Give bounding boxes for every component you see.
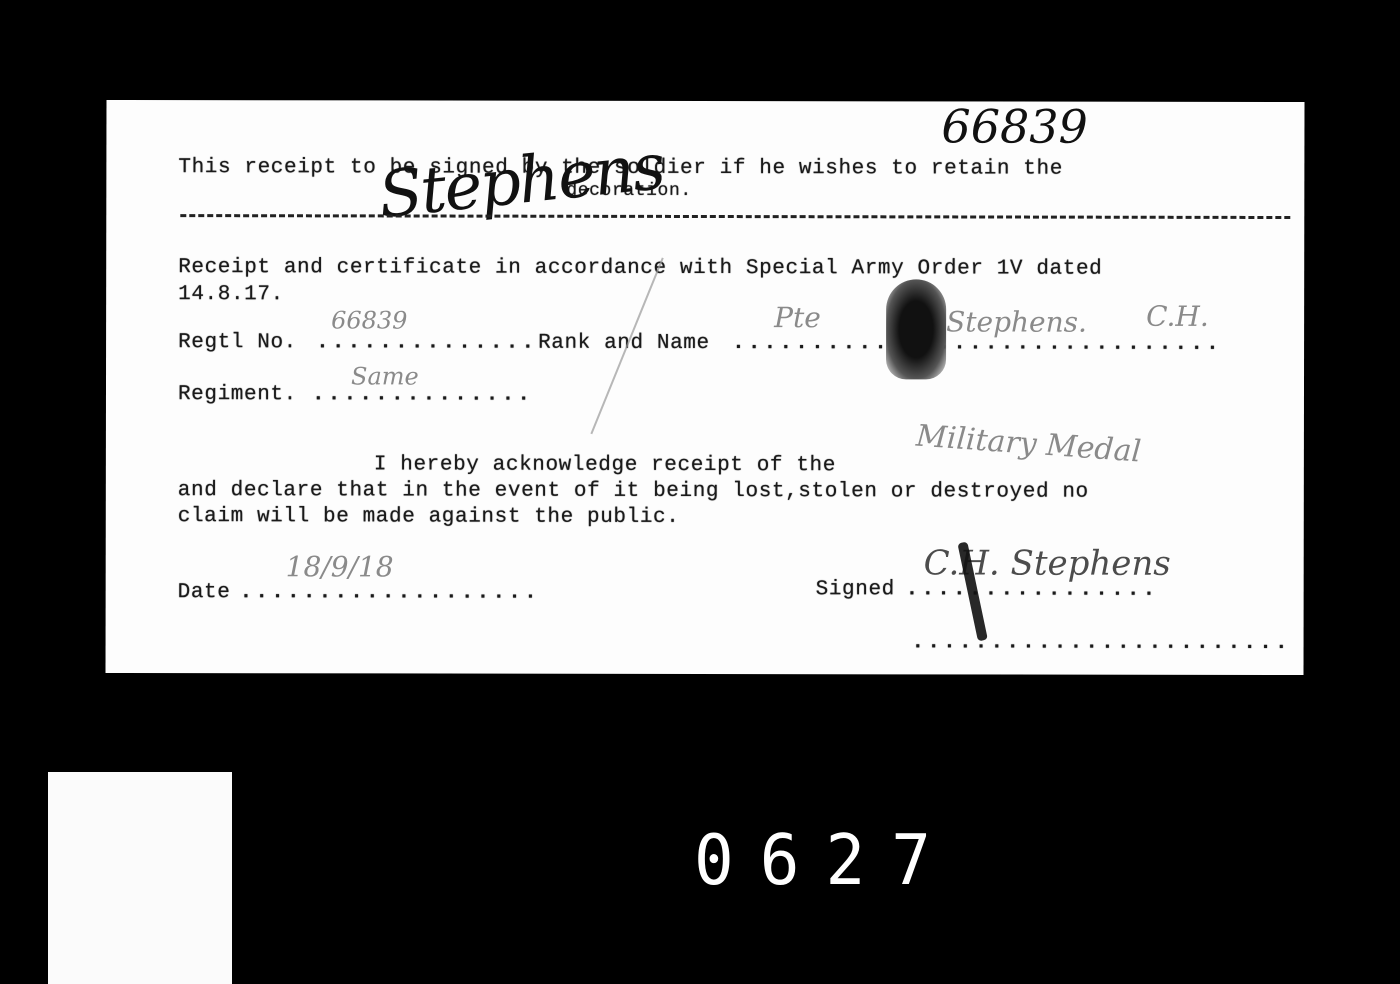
dashed-divider — [180, 214, 1290, 219]
frame-counter: 0627 — [694, 820, 957, 901]
acknowledgement-line-3: claim will be made against the public. — [178, 505, 680, 529]
certificate-line-2: 14.8.17. — [178, 283, 284, 306]
acknowledgement-line-2: and declare that in the event of it bein… — [178, 479, 1089, 504]
regiment-dots: .............. — [312, 383, 533, 406]
name-value: Stephens. — [946, 305, 1087, 338]
rank-value: Pte — [774, 301, 821, 334]
signed-label: Signed — [816, 578, 895, 601]
date-label: Date — [178, 581, 231, 604]
signed-dots-line-2: ........................ — [912, 631, 1291, 655]
acknowledgement-line-1: I hereby acknowledge receipt of the — [374, 453, 836, 477]
regtl-no-value: 66839 — [331, 306, 407, 334]
date-value: 18/9/18 — [286, 550, 394, 583]
initials-value: C.H. — [1146, 300, 1209, 333]
ink-blot-mark — [886, 279, 946, 379]
regiment-label: Regiment. — [178, 383, 297, 406]
certificate-line-1: Receipt and certificate in accordance wi… — [178, 256, 1102, 281]
regtl-no-label: Regtl No. — [178, 331, 297, 354]
date-dots: ................... — [240, 581, 540, 605]
receipt-card: This receipt to be signed by the soldier… — [106, 100, 1305, 675]
regtl-no-dots: .............. — [316, 331, 537, 354]
handwritten-number: 66839 — [941, 99, 1087, 153]
regiment-value: Same — [351, 362, 419, 390]
blank-card — [48, 772, 232, 984]
acknowledged-item: Military Medal — [915, 419, 1142, 470]
